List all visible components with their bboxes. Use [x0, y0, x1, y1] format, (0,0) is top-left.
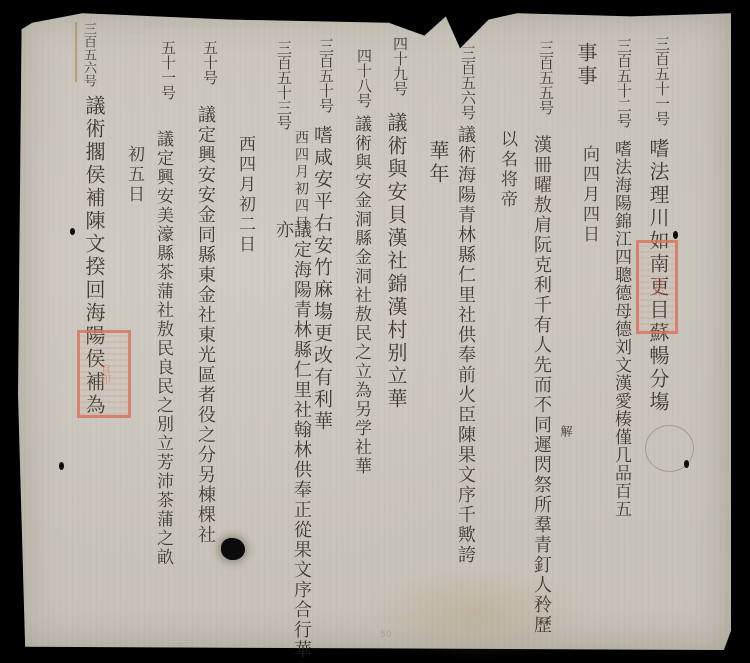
entry-number: 三百五六号 [460, 45, 475, 120]
entry-number: 三百五十二号 [616, 38, 631, 128]
punch-hole [673, 231, 678, 239]
punch-hole [70, 228, 75, 235]
water-stain [360, 565, 590, 660]
entry-number: 五十一号 [160, 40, 175, 100]
burn-hole [221, 538, 245, 560]
entry-text: 議術與安金洞縣金洞社敖民之立為另学社華 [352, 115, 369, 476]
punch-hole [59, 462, 64, 470]
entry-text: 議定海陽青林縣仁里社翰林供奉正從果文序合行華亦 [274, 220, 310, 663]
entry-date: 初五日 [125, 145, 142, 205]
entry-text: 議定興安安金同縣東金社東光區者役之分另棟棵社 [196, 105, 214, 545]
entry-text: 議術與安貝漢社錦漢村别立華 [386, 112, 406, 411]
entry-text: 議術海陽青林縣仁里社供奉前火臣陳果文序千歟誇 [456, 125, 474, 565]
entry-date: 西四月初四日 [294, 130, 308, 232]
annotation: 解 [560, 425, 572, 441]
entry-text: 議定興安美濠縣茶蒲社敖民良民之別立芳沛茶蒲之畝 [154, 130, 171, 567]
entry-number: 三百五六号 [82, 22, 95, 87]
entry-note: 以名将帝 [498, 130, 515, 210]
entry-text: 嗜咸安平右安竹麻塲更改有利華 [312, 125, 331, 433]
red-seal-stamp: 官印 [77, 330, 131, 418]
page-mark: 50 [380, 630, 391, 640]
entry-number: 四十八号 [356, 48, 371, 108]
entry-number: 四十九号 [392, 36, 407, 96]
red-seal-stamp: 官印 [636, 240, 678, 334]
entry-date: 西四月初二日 [236, 135, 253, 255]
seal-text: 官印 [97, 364, 112, 384]
entry-date: 向四月四日 [580, 145, 597, 245]
entry-text: 嗜法海陽錦江四聰德母德刘文漢愛楱僅几品百五 [612, 140, 629, 518]
seal-text: 官印 [650, 277, 665, 297]
entry-text: 漢冊曜敖肩阮克利千有人先而不同遲閃祭所羣青釘人矝歷 [532, 135, 550, 635]
entry-number: 三百五五号 [538, 40, 553, 115]
entry-number: 三百五十号 [318, 38, 333, 113]
entry-number: 三百五十三号 [276, 40, 291, 130]
entry-number: 五十号 [202, 40, 217, 85]
entry-heading: 事事 [576, 42, 596, 88]
entry-number: 三百五十一号 [654, 36, 669, 126]
punch-hole [684, 460, 689, 468]
margin-ruling-line [75, 22, 77, 82]
entry-note: 華年 [428, 140, 448, 186]
